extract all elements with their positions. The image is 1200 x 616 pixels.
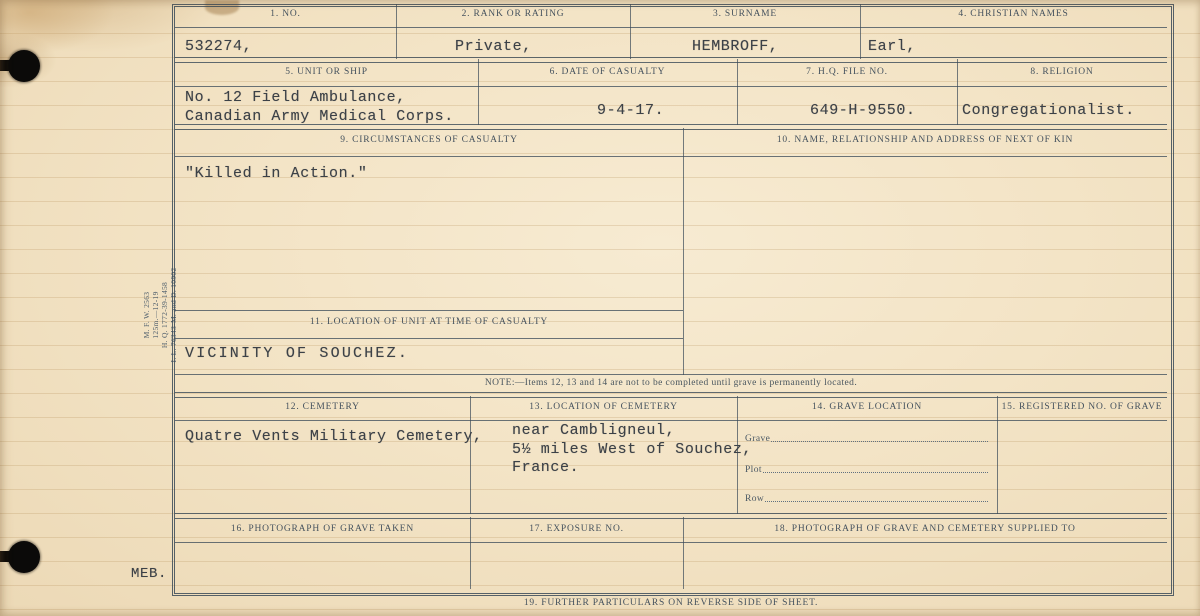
field-label-date: 6. DATE OF CASUALTY <box>478 67 737 77</box>
field-label-unit: 5. UNIT OR SHIP <box>175 67 478 77</box>
divider <box>470 396 471 514</box>
value-location-cemetery-line2: 5½ miles West of Souchez, <box>512 441 752 460</box>
field-label-photo-supplied: 18. PHOTOGRAPH OF GRAVE AND CEMETERY SUP… <box>683 524 1167 534</box>
note-text: NOTE:—Items 12, 13 and 14 are not to be … <box>175 378 1167 388</box>
value-unit-line2: Canadian Army Medical Corps. <box>185 108 454 127</box>
divider <box>175 392 1167 398</box>
field-label-photo-taken: 16. PHOTOGRAPH OF GRAVE TAKEN <box>175 524 470 534</box>
field-label-next-of-kin: 10. NAME, RELATIONSHIP AND ADDRESS OF NE… <box>683 135 1167 145</box>
value-location-unit: VICINITY OF SOUCHEZ. <box>185 345 409 362</box>
field-label-christian: 4. CHRISTIAN NAMES <box>860 9 1167 19</box>
divider <box>175 156 1167 157</box>
value-cemetery: Quatre Vents Military Cemetery, <box>185 428 483 445</box>
field-label-surname: 3. SURNAME <box>630 9 860 19</box>
value-location-cemetery-line3: France. <box>512 459 752 478</box>
punch-hole-top <box>8 50 40 82</box>
divider <box>683 128 684 375</box>
value-hq-file: 649-H-9550. <box>810 102 916 119</box>
plot-row: Plot <box>745 462 988 475</box>
divider <box>175 513 1167 519</box>
field-label-registered-no: 15. REGISTERED NO. OF GRAVE <box>997 402 1167 412</box>
divider <box>175 374 1167 375</box>
grave-row: Grave <box>745 431 988 444</box>
field-label-rank: 2. RANK OR RATING <box>396 9 630 19</box>
dotted-leader <box>765 501 988 502</box>
value-unit-line1: No. 12 Field Ambulance, <box>185 89 454 108</box>
side-print-line: H. Q. 1772-39-1458 <box>160 255 169 375</box>
divider <box>175 57 1167 63</box>
side-print-line: M. F. W. 2563 <box>142 255 151 375</box>
value-no: 532274, <box>185 38 252 55</box>
value-surname: HEMBROFF, <box>692 38 778 55</box>
punch-hole-bottom <box>8 541 40 573</box>
field-label-location-unit: 11. LOCATION OF UNIT AT TIME OF CASUALTY <box>175 317 683 327</box>
field-label-location-cemetery: 13. LOCATION OF CEMETERY <box>470 402 737 412</box>
footer-text: 19. FURTHER PARTICULARS ON REVERSE SIDE … <box>175 598 1167 608</box>
divider <box>175 542 1167 543</box>
divider <box>175 420 1167 421</box>
value-christian: Earl, <box>868 38 916 55</box>
row-row-label: Row <box>745 494 764 504</box>
divider <box>175 338 683 339</box>
field-label-circumstances: 9. CIRCUMSTANCES OF CASUALTY <box>175 135 683 145</box>
value-unit: No. 12 Field Ambulance, Canadian Army Me… <box>185 89 454 126</box>
casualty-record-card: M. F. W. 2563 125m.—12-19 H. Q. 1772-39-… <box>0 0 1200 616</box>
value-circumstances: "Killed in Action." <box>185 165 367 182</box>
divider <box>997 396 998 514</box>
value-religion: Congregationalist. <box>962 102 1135 119</box>
field-label-religion: 8. RELIGION <box>957 67 1167 77</box>
initials-stamp: MEB. <box>131 566 167 582</box>
side-print-line: 125m.—12-19 <box>151 255 160 375</box>
divider <box>175 86 1167 87</box>
value-location-cemetery-line1: near Cambligneul, <box>512 422 752 441</box>
value-date: 9-4-17. <box>597 102 664 119</box>
dotted-leader <box>763 472 988 473</box>
field-label-grave-location: 14. GRAVE LOCATION <box>737 402 997 412</box>
field-label-no: 1. NO. <box>175 9 396 19</box>
field-label-hq-file: 7. H.Q. FILE NO. <box>737 67 957 77</box>
value-location-cemetery: near Cambligneul, 5½ miles West of Souch… <box>512 422 752 478</box>
field-label-cemetery: 12. CEMETERY <box>175 402 470 412</box>
row-row: Row <box>745 491 988 504</box>
field-label-exposure-no: 17. EXPOSURE NO. <box>470 524 683 534</box>
divider <box>175 310 683 311</box>
divider <box>175 27 1167 28</box>
grave-row-label: Grave <box>745 434 770 444</box>
dotted-leader <box>771 441 988 442</box>
plot-row-label: Plot <box>745 465 762 475</box>
value-rank: Private, <box>455 38 532 55</box>
